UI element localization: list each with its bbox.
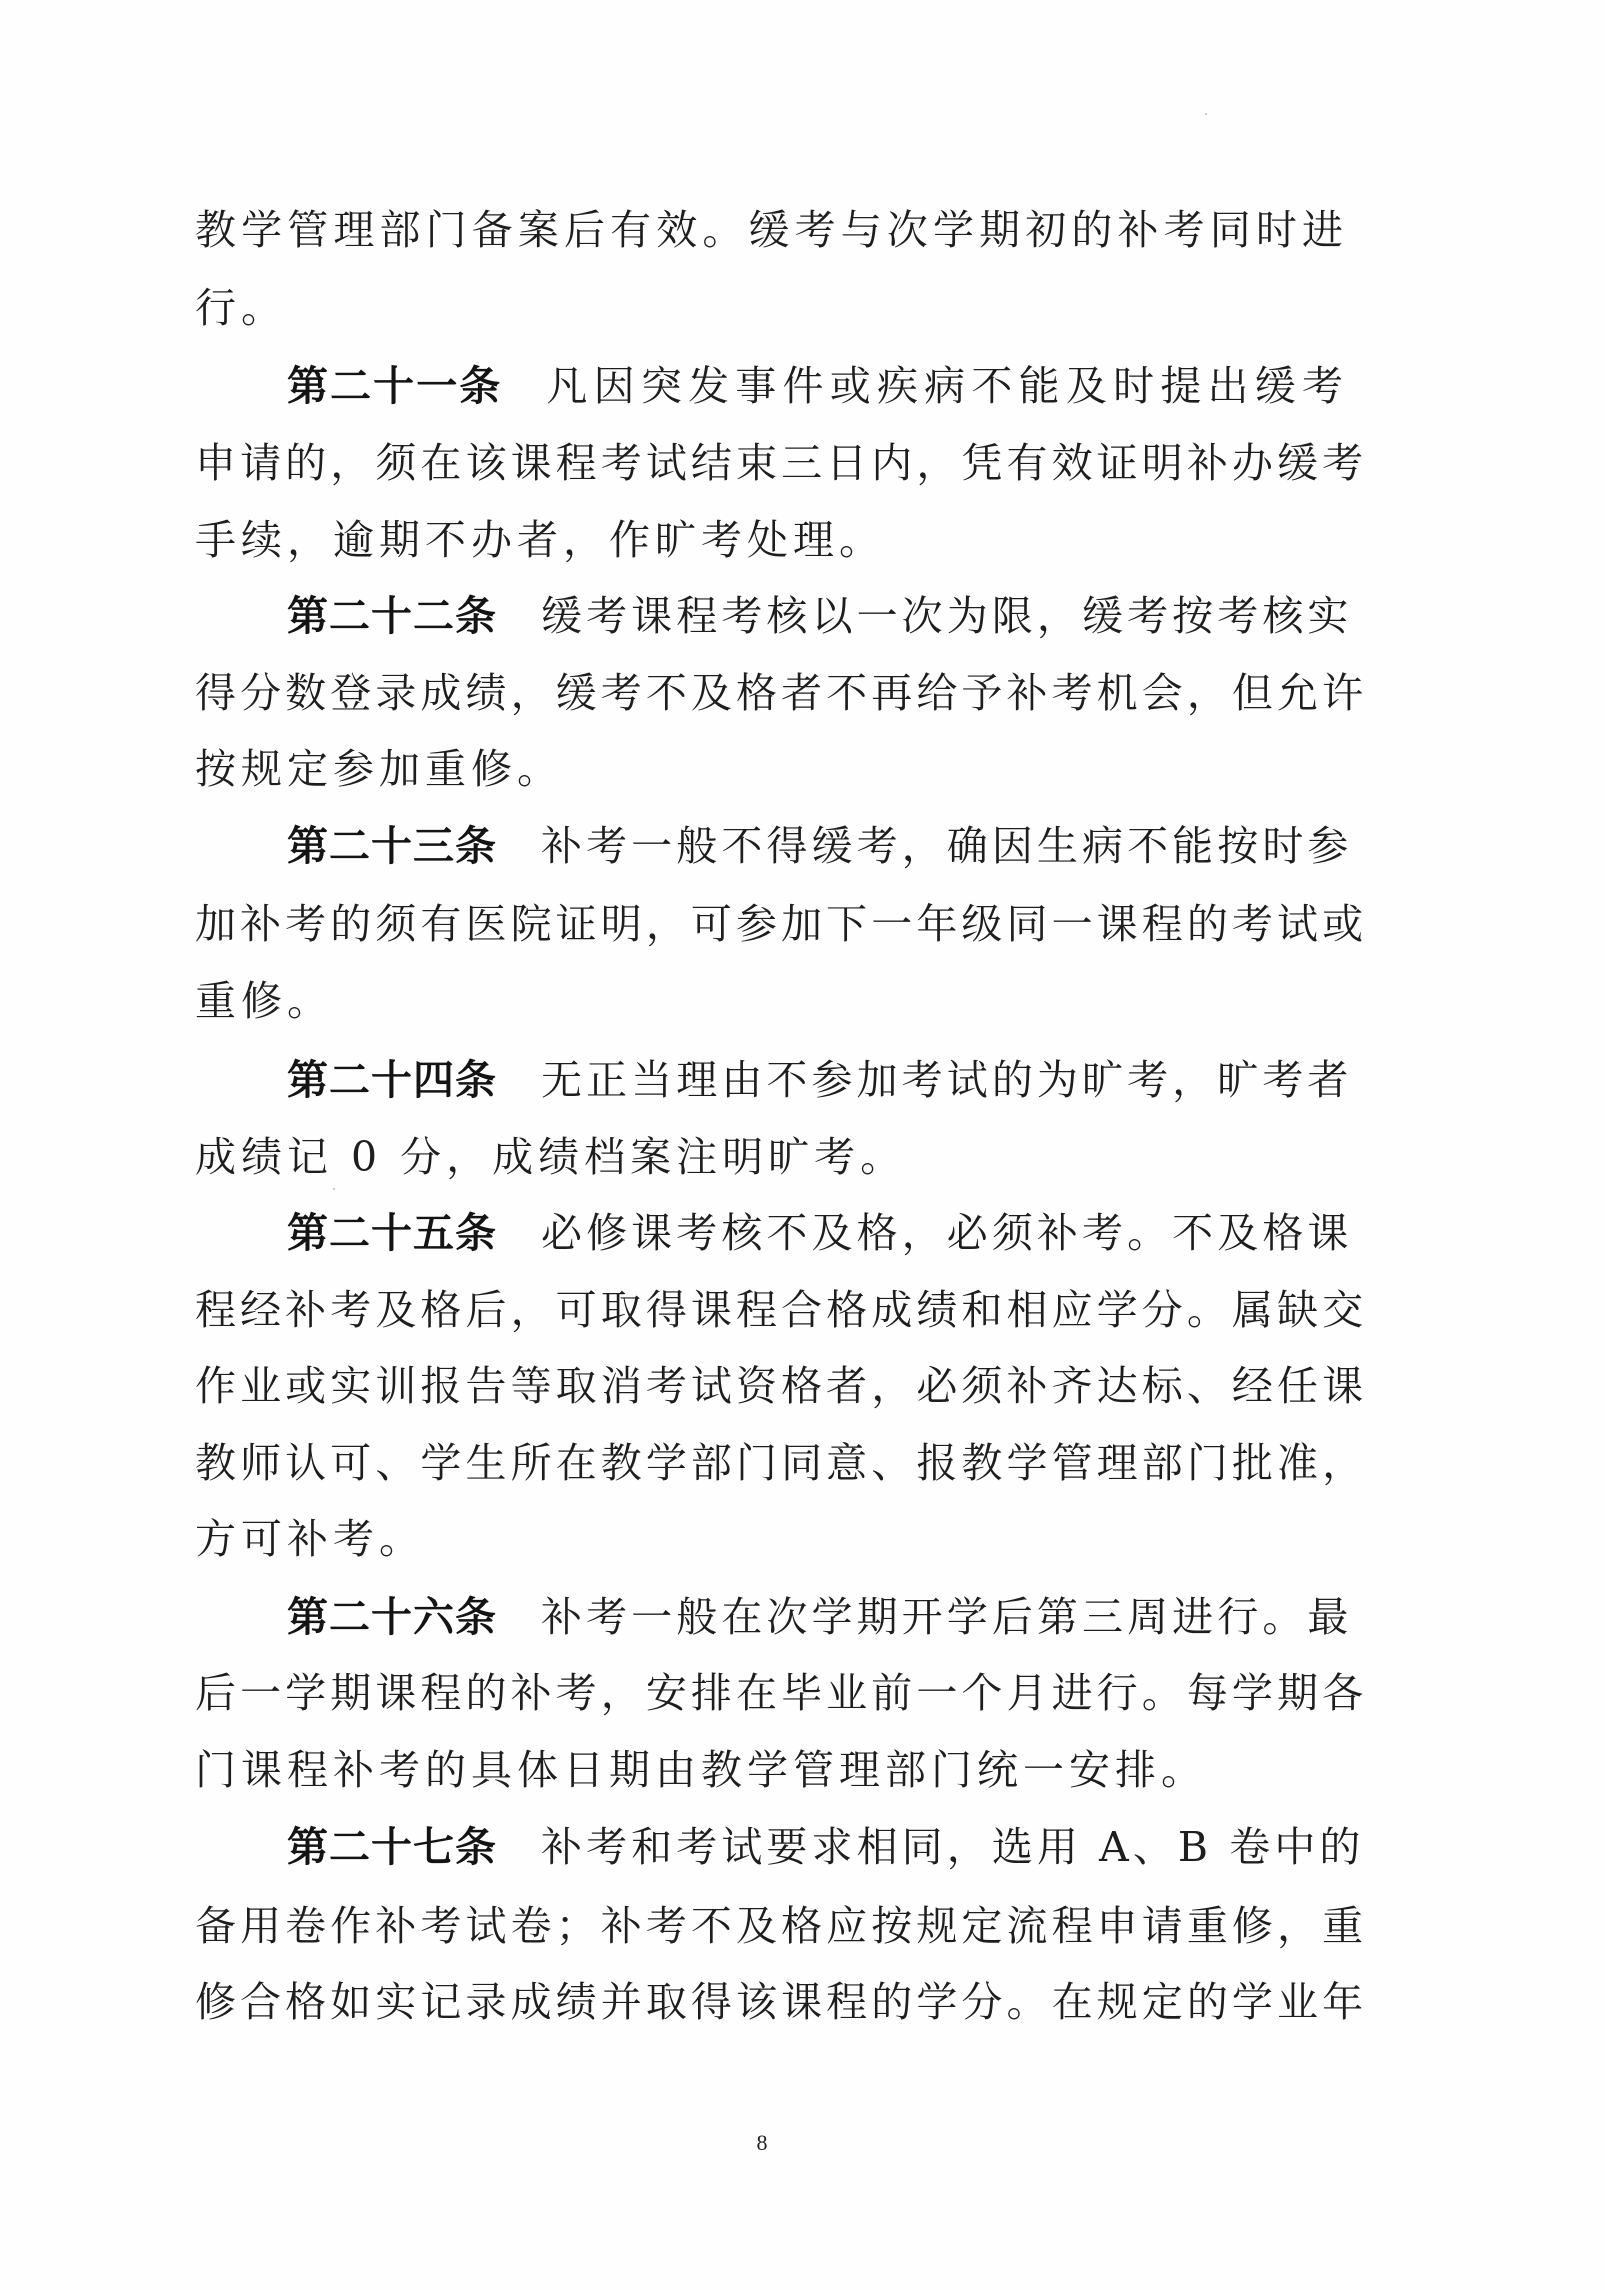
line-text: 备 用 卷 作 补 考 试 卷 ； 补 考 不 及 格 应 按 规 定 流 程 … (195, 1902, 1363, 1950)
article-title: 第二十一条 (287, 362, 502, 410)
line-text: 门课程补考的具体日期由教学管理部门统一安排。 (195, 1746, 1207, 1794)
text-line: 方可补考。 (195, 1509, 1343, 1569)
line-text: 作 业 或 实 训 报 告 等 取 消 考 试 资 格 者 ， 必 须 补 齐 … (195, 1362, 1363, 1410)
text-line: 成绩记 0 分，成绩档案注明旷考。 (195, 1127, 1343, 1187)
line-text: 教 学 管 理 部 门 备 案 后 有 效 。 缓 考 与 次 学 期 初 的 … (195, 206, 1343, 254)
line-text: 手续，逾期不办者，作旷考处理。 (195, 516, 885, 564)
line-text: 方可补考。 (195, 1515, 425, 1563)
text-line: 后 一 学 期 课 程 的 补 考 ， 安 排 在 毕 业 前 一 个 月 进 … (195, 1663, 1343, 1723)
text-line: 按规定参加重修。 (195, 739, 1343, 799)
text-line: 申 请 的 ， 须 在 该 课 程 考 试 结 束 三 日 内 ， 凭 有 效 … (195, 433, 1343, 493)
page-number: 8 (752, 2130, 772, 2156)
article-25-heading-line: 第二十五条必 修 课 考 核 不 及 格 ， 必 须 补 考 。 不 及 格 课 (195, 1203, 1343, 1263)
text-line: 手续，逾期不办者，作旷考处理。 (195, 510, 1343, 570)
line-text: 必 修 课 考 核 不 及 格 ， 必 须 补 考 。 不 及 格 课 (541, 1209, 1348, 1257)
line-text: 成绩记 0 分，成绩档案注明旷考。 (195, 1133, 906, 1181)
article-26-heading-line: 第二十六条补 考 一 般 在 次 学 期 开 学 后 第 三 周 进 行 。 最 (195, 1587, 1343, 1647)
text-line: 程 经 补 考 及 格 后 ， 可 取 得 课 程 合 格 成 绩 和 相 应 … (195, 1280, 1343, 1340)
scan-speck (333, 1188, 335, 1190)
article-title: 第二十四条 (287, 1056, 497, 1104)
line-text: 补 考 一 般 在 次 学 期 开 学 后 第 三 周 进 行 。 最 (541, 1593, 1348, 1641)
document-page: 教 学 管 理 部 门 备 案 后 有 效 。 缓 考 与 次 学 期 初 的 … (0, 0, 1605, 2290)
article-23-heading-line: 第二十三条补 考 一 般 不 得 缓 考 ， 确 因 生 病 不 能 按 时 参 (195, 816, 1343, 876)
text-line: 加 补 考 的 须 有 医 院 证 明 ， 可 参 加 下 一 年 级 同 一 … (195, 894, 1343, 954)
text-line: 行。 (195, 278, 1343, 338)
article-27-heading-line: 第二十七条补 考 和 考 试 要 求 相 同 ， 选 用 A 、 B 卷 中 的 (195, 1817, 1343, 1877)
line-text: 申 请 的 ， 须 在 该 课 程 考 试 结 束 三 日 内 ， 凭 有 效 … (195, 439, 1363, 487)
text-line: 修 合 格 如 实 记 录 成 绩 并 取 得 该 课 程 的 学 分 。 在 … (195, 1972, 1343, 2032)
article-title: 第二十六条 (287, 1593, 497, 1641)
text-line: 教 学 管 理 部 门 备 案 后 有 效 。 缓 考 与 次 学 期 初 的 … (195, 200, 1343, 260)
line-text: 重修。 (195, 977, 333, 1025)
line-text: 行。 (195, 284, 287, 332)
line-text: 教 师 认 可 、 学 生 所 在 教 学 部 门 同 意 、 报 教 学 管 … (195, 1439, 1363, 1487)
scan-speck (1205, 113, 1207, 115)
text-line: 备 用 卷 作 补 考 试 卷 ； 补 考 不 及 格 应 按 规 定 流 程 … (195, 1896, 1343, 1956)
text-line: 教 师 认 可 、 学 生 所 在 教 学 部 门 同 意 、 报 教 学 管 … (195, 1433, 1343, 1493)
article-title: 第二十二条 (287, 592, 497, 640)
text-line: 得 分 数 登 录 成 绩 ， 缓 考 不 及 格 者 不 再 给 予 补 考 … (195, 663, 1343, 723)
text-line: 门课程补考的具体日期由教学管理部门统一安排。 (195, 1740, 1343, 1800)
article-title: 第二十三条 (287, 822, 497, 870)
line-text: 修 合 格 如 实 记 录 成 绩 并 取 得 该 课 程 的 学 分 。 在 … (195, 1978, 1363, 2026)
line-text: 按规定参加重修。 (195, 745, 563, 793)
line-text: 加 补 考 的 须 有 医 院 证 明 ， 可 参 加 下 一 年 级 同 一 … (195, 900, 1363, 948)
article-24-heading-line: 第二十四条无 正 当 理 由 不 参 加 考 试 的 为 旷 考 ， 旷 考 者 (195, 1050, 1343, 1110)
line-text: 补 考 和 考 试 要 求 相 同 ， 选 用 A 、 B 卷 中 的 (541, 1823, 1360, 1871)
article-21-heading-line: 第二十一条凡 因 突 发 事 件 或 疾 病 不 能 及 时 提 出 缓 考 (195, 356, 1343, 416)
article-title: 第二十五条 (287, 1209, 497, 1257)
line-text: 凡 因 突 发 事 件 或 疾 病 不 能 及 时 提 出 缓 考 (546, 362, 1343, 410)
line-text: 无 正 当 理 由 不 参 加 考 试 的 为 旷 考 ， 旷 考 者 (541, 1056, 1348, 1104)
article-22-heading-line: 第二十二条缓 考 课 程 考 核 以 一 次 为 限 ， 缓 考 按 考 核 实 (195, 586, 1343, 646)
line-text: 补 考 一 般 不 得 缓 考 ， 确 因 生 病 不 能 按 时 参 (541, 822, 1348, 870)
line-text: 程 经 补 考 及 格 后 ， 可 取 得 课 程 合 格 成 绩 和 相 应 … (195, 1286, 1363, 1334)
text-line: 作 业 或 实 训 报 告 等 取 消 考 试 资 格 者 ， 必 须 补 齐 … (195, 1356, 1343, 1416)
line-text: 缓 考 课 程 考 核 以 一 次 为 限 ， 缓 考 按 考 核 实 (541, 592, 1348, 640)
text-line: 重修。 (195, 971, 1343, 1031)
line-text: 得 分 数 登 录 成 绩 ， 缓 考 不 及 格 者 不 再 给 予 补 考 … (195, 669, 1363, 717)
article-title: 第二十七条 (287, 1823, 497, 1871)
line-text: 后 一 学 期 课 程 的 补 考 ， 安 排 在 毕 业 前 一 个 月 进 … (195, 1669, 1363, 1717)
